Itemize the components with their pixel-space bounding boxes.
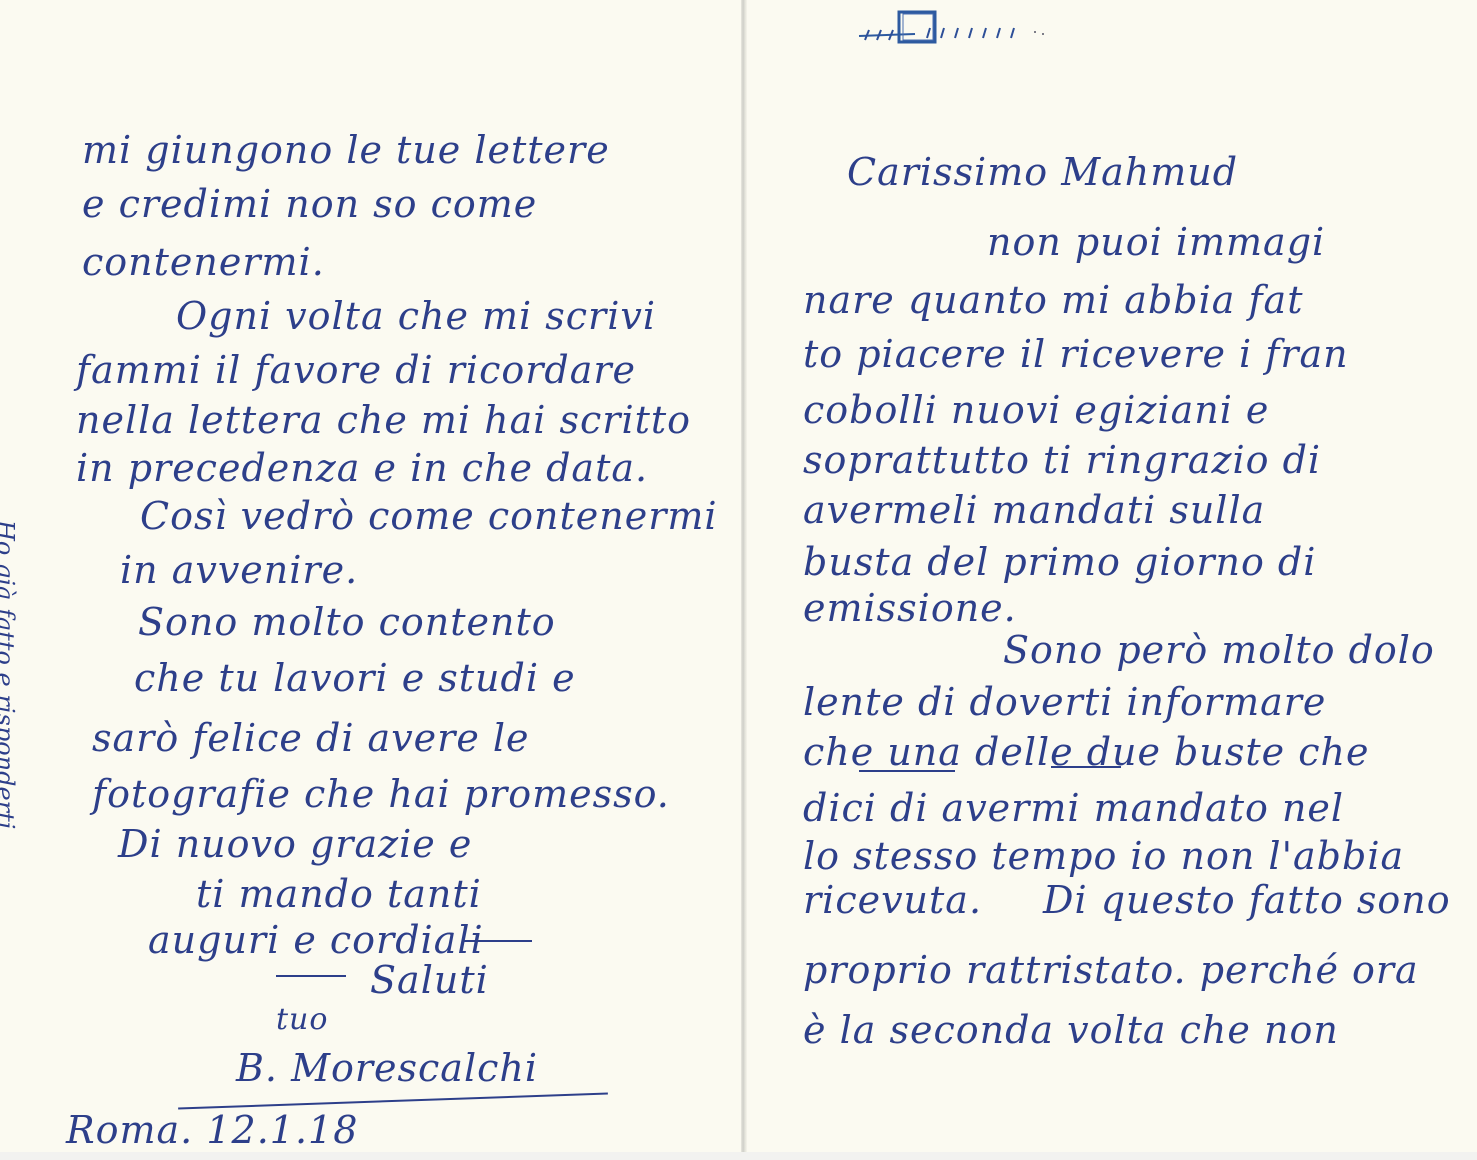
letter-line: nella lettera che mi hai scritto: [76, 398, 691, 442]
letter-line: dici di avermi mandato nel: [803, 786, 1344, 830]
letter-line: non puoi immagi: [987, 220, 1325, 264]
margin-note: Ho già fatto e risponderti nelle lettere…: [0, 520, 20, 1120]
letter-line: in precedenza e in che data.: [76, 446, 648, 490]
letter-line: ricevuta.: [803, 878, 982, 922]
underline-una: [859, 770, 955, 772]
letter-line: Di questo fatto sono: [1043, 878, 1451, 922]
letter-line: in avvenire.: [120, 548, 358, 592]
closing-line: auguri e cordiali: [148, 918, 484, 962]
flourish-line: [276, 975, 346, 977]
letter-line: fammi il favore di ricordare: [76, 348, 636, 392]
letter-line: avermeli mandati sulla: [803, 488, 1265, 532]
letter-line: che tu lavori e studi e: [134, 656, 576, 700]
signature: B. Morescalchi: [236, 1046, 538, 1090]
flourish-line: [462, 940, 532, 942]
letter-line: sarò felice di avere le: [92, 716, 530, 760]
letter-line: lo stesso tempo io non l'abbia: [803, 834, 1404, 878]
letter-line: nare quanto mi abbia fat: [803, 278, 1303, 322]
left-page: mi giungono le tue lettere e credimi non…: [0, 0, 741, 1152]
letter-line: lente di doverti informare: [803, 680, 1326, 724]
date-place: Roma. 12.1.18: [66, 1108, 358, 1152]
letter-line: soprattutto ti ringrazio di: [803, 438, 1321, 482]
letter-line: contenermi.: [82, 240, 325, 284]
margin-note-line: Ho già fatto e risponderti: [0, 520, 20, 1120]
letter-sheet: mi giungono le tue lettere e credimi non…: [0, 0, 1477, 1152]
letter-line: mi giungono le tue lettere: [82, 128, 610, 172]
letter-line: Sono molto contento: [138, 600, 556, 644]
underline-due: [1051, 766, 1121, 768]
letter-line: Sono però molto dolo: [1003, 628, 1435, 672]
stamp-box-tally-icon: [855, 8, 1055, 44]
closing-tuo: tuo: [276, 1002, 328, 1037]
letter-line: e credimi non so come: [82, 182, 537, 226]
closing-saluti: Saluti: [370, 958, 489, 1002]
letter-line: emissione.: [803, 586, 1017, 630]
signature-underline: [178, 1092, 608, 1109]
closing-line: ti mando tanti: [196, 872, 482, 916]
right-page: Carissimo Mahmud non puoi immagi nare qu…: [747, 0, 1477, 1152]
letter-line: busta del primo giorno di: [803, 540, 1316, 584]
letter-line: cobolli nuovi egiziani e: [803, 388, 1269, 432]
letter-line: to piacere il ricevere i fran: [803, 332, 1349, 376]
letter-line: Così vedrò come contenermi: [140, 494, 718, 538]
salutation: Carissimo Mahmud: [847, 150, 1238, 194]
letter-line: è la seconda volta che non: [803, 1008, 1339, 1052]
letter-line: proprio rattristato. perché ora: [803, 948, 1419, 992]
letter-line: fotografie che hai promesso.: [92, 772, 670, 816]
letter-line: Ogni volta che mi scrivi: [176, 294, 656, 338]
scan-bottom-edge: [0, 1152, 1477, 1160]
letter-line: Di nuovo grazie e: [118, 822, 472, 866]
